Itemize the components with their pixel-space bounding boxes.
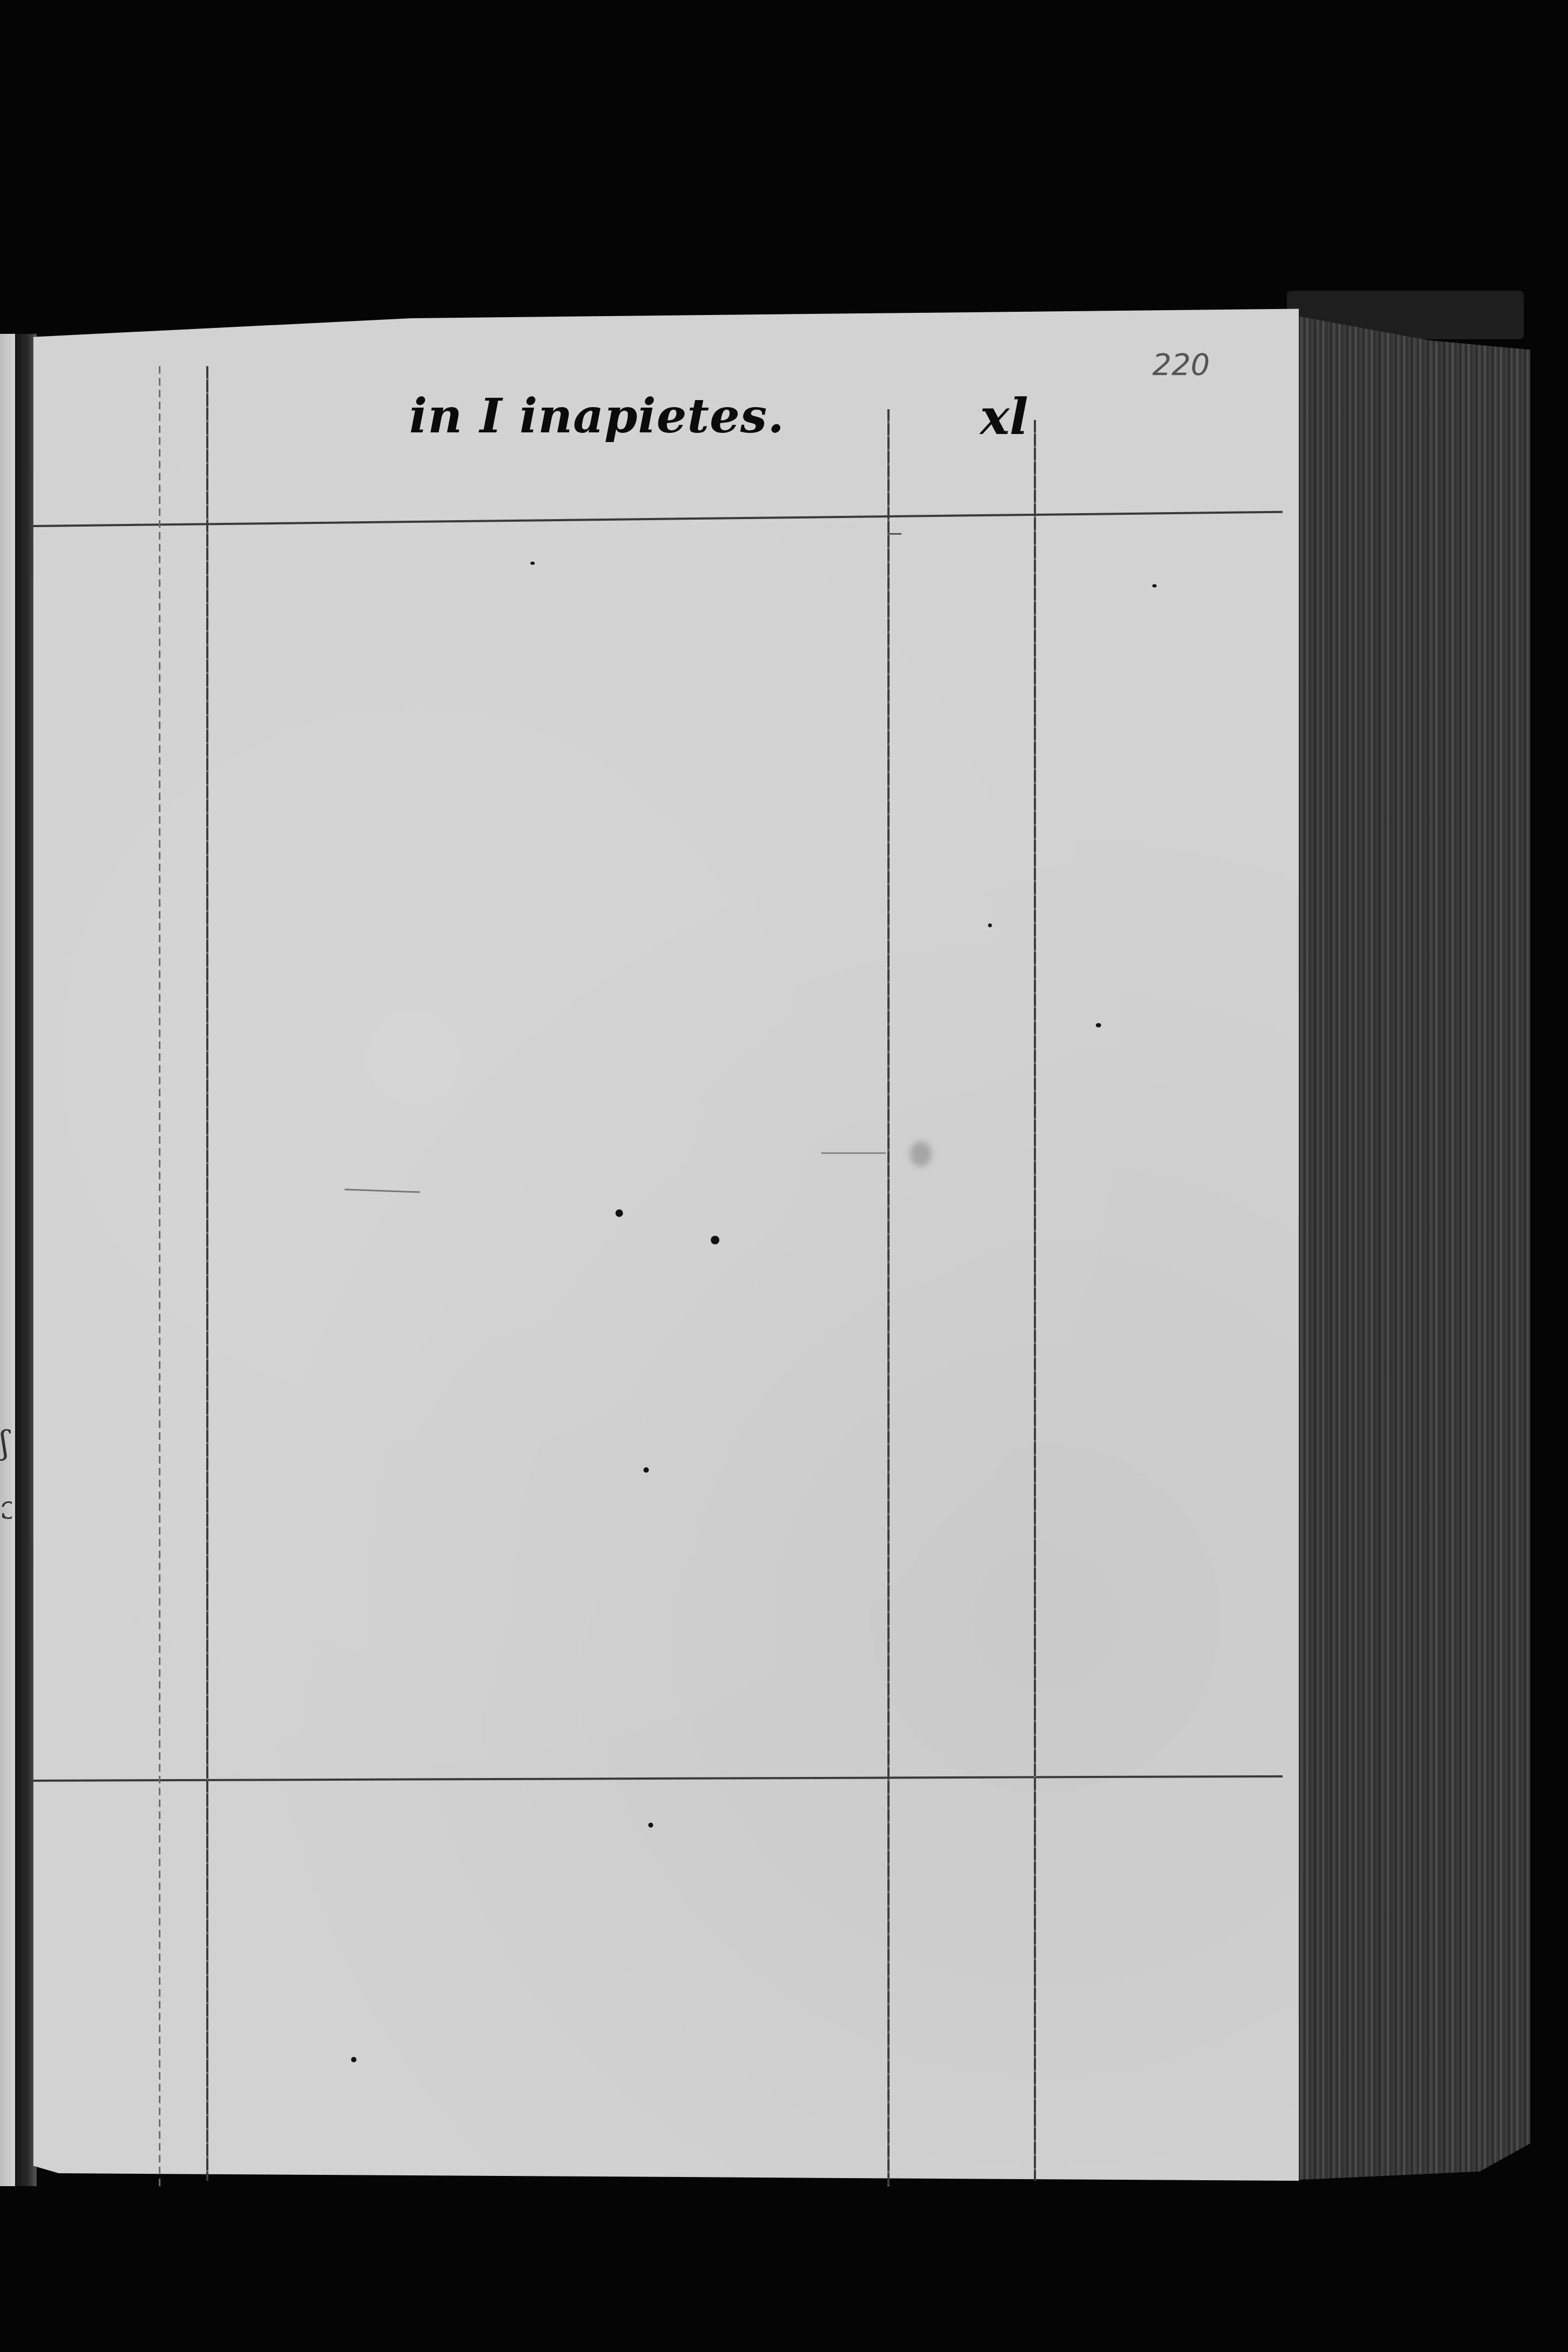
book-fore-edge (1277, 312, 1530, 2181)
ink-speck (988, 923, 992, 927)
paper-smudge (910, 1142, 932, 1166)
ink-speck (648, 1823, 653, 1828)
ink-speck (351, 2057, 356, 2062)
ink-speck (643, 1467, 649, 1473)
inner-column-ruling (206, 366, 208, 2181)
ink-speck (1152, 584, 1157, 587)
ink-speck (711, 1236, 719, 1244)
right-column-ruling (1034, 420, 1036, 2181)
faint-stroke (821, 1152, 886, 1154)
ink-stroke (888, 533, 901, 535)
pencil-foliation: 220 (1152, 347, 1210, 382)
middle-column-ruling (887, 409, 890, 2186)
facing-page-edge (0, 334, 15, 2186)
ink-speck (615, 1209, 623, 1217)
ink-speck (530, 562, 535, 565)
running-title: in I inapietes. (409, 388, 785, 444)
manuscript-page (33, 307, 1299, 2181)
ink-speck (1096, 1023, 1101, 1027)
folio-numeral: xl (980, 388, 1028, 446)
facing-page-fragment: ʃɔ (0, 1411, 12, 1551)
left-margin-ruling (159, 366, 160, 2186)
